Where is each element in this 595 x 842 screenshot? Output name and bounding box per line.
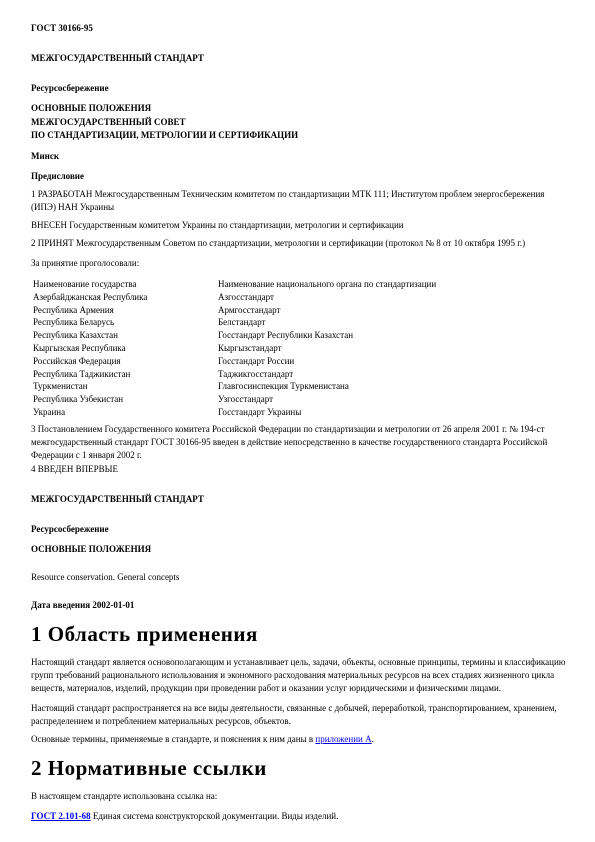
section-1-para-2: Настоящий стандарт распространяется на в… <box>31 702 567 728</box>
doc-subtitle: ОСНОВНЫЕ ПОЛОЖЕНИЯ <box>31 102 567 115</box>
vote-row-state: Азербайджанская Республика <box>33 291 218 304</box>
vote-row-body: Азгосстандарт <box>218 291 567 304</box>
foreword-item-developed: 1 РАЗРАБОТАН Межгосударственным Техничес… <box>31 188 567 214</box>
section-1-para-3: Основные термины, применяемые в стандарт… <box>31 733 567 746</box>
city: Минск <box>31 150 567 163</box>
section-2-heading: 2 Нормативные ссылки <box>31 755 567 781</box>
section-1-para-3-period: . <box>372 734 374 744</box>
vote-row-state: Туркменистан <box>33 380 218 393</box>
doc-subtitle-2: ОСНОВНЫЕ ПОЛОЖЕНИЯ <box>31 543 567 556</box>
vote-table-col2-header: Наименование национального органа по ста… <box>218 278 567 291</box>
vote-table-col1-header: Наименование государства <box>33 278 218 291</box>
doc-title-en: Resource conservation. General concepts <box>31 571 567 584</box>
foreword-item-first-introduced: 4 ВВЕДЕН ВПЕРВЫЕ <box>31 463 567 476</box>
vote-row-body: Армгосстандарт <box>218 304 567 317</box>
gost-2101-link[interactable]: ГОСТ 2.101-68 <box>31 811 91 821</box>
normative-reference: ГОСТ 2.101-68 Единая система конструктор… <box>31 810 567 823</box>
vote-row-body: Госстандарт Республики Казахстан <box>218 329 567 342</box>
vote-row-body: Таджикгосстандарт <box>218 368 567 381</box>
vote-intro: За принятие проголосовали: <box>31 257 567 270</box>
section-1-heading: 1 Область применения <box>31 621 567 647</box>
council-name: МЕЖГОСУДАРСТВЕННЫЙ СОВЕТ ПО СТАНДАРТИЗАЦ… <box>31 116 567 142</box>
foreword-heading: Предисловие <box>31 170 567 183</box>
foreword-item-adopted: 2 ПРИНЯТ Межгосударственным Советом по с… <box>31 237 567 250</box>
vote-row-state: Республика Таджикистан <box>33 368 218 381</box>
vote-row-body: Госстандарт Украины <box>218 406 567 419</box>
vote-row-state: Кыргызская Республика <box>33 342 218 355</box>
vote-row-state: Республика Казахстан <box>33 329 218 342</box>
vote-row-state: Республика Армения <box>33 304 218 317</box>
doc-title-2: Ресурсосбережение <box>31 523 567 536</box>
doc-title: Ресурсосбережение <box>31 82 567 95</box>
vote-row-body: Кыргызстандарт <box>218 342 567 355</box>
section-1-para-1: Настоящий стандарт является основополага… <box>31 656 567 695</box>
vote-row-body: Белстандарт <box>218 316 567 329</box>
foreword-item-submitted: ВНЕСЕН Государственным комитетом Украины… <box>31 219 567 232</box>
section-1-para-3-text: Основные термины, применяемые в стандарт… <box>31 734 315 744</box>
council-name-line2: ПО СТАНДАРТИЗАЦИИ, МЕТРОЛОГИИ И СЕРТИФИК… <box>31 129 567 142</box>
vote-row-state: Республика Беларусь <box>33 316 218 329</box>
vote-table: Наименование государства Наименование на… <box>31 278 567 419</box>
doc-number: ГОСТ 30166-95 <box>31 22 567 35</box>
effective-date: Дата введения 2002-01-01 <box>31 599 567 612</box>
vote-row-state: Республика Узбекистан <box>33 393 218 406</box>
council-name-line1: МЕЖГОСУДАРСТВЕННЫЙ СОВЕТ <box>31 116 567 129</box>
vote-row-body: Главгосинспекция Туркменистана <box>218 380 567 393</box>
standard-type-heading: МЕЖГОСУДАРСТВЕННЫЙ СТАНДАРТ <box>31 52 567 65</box>
vote-row-state: Российская Федерация <box>33 355 218 368</box>
annex-a-link[interactable]: приложении А <box>315 734 371 744</box>
vote-row-body: Госстандарт России <box>218 355 567 368</box>
vote-row-state: Украина <box>33 406 218 419</box>
vote-row-body: Узгосстандарт <box>218 393 567 406</box>
standard-type-heading-2: МЕЖГОСУДАРСТВЕННЫЙ СТАНДАРТ <box>31 493 567 506</box>
foreword-item-enacted: 3 Постановлением Государственного комите… <box>31 423 567 462</box>
normative-reference-text: Единая система конструкторской документа… <box>91 811 339 821</box>
section-2-intro: В настоящем стандарте использована ссылк… <box>31 790 567 803</box>
